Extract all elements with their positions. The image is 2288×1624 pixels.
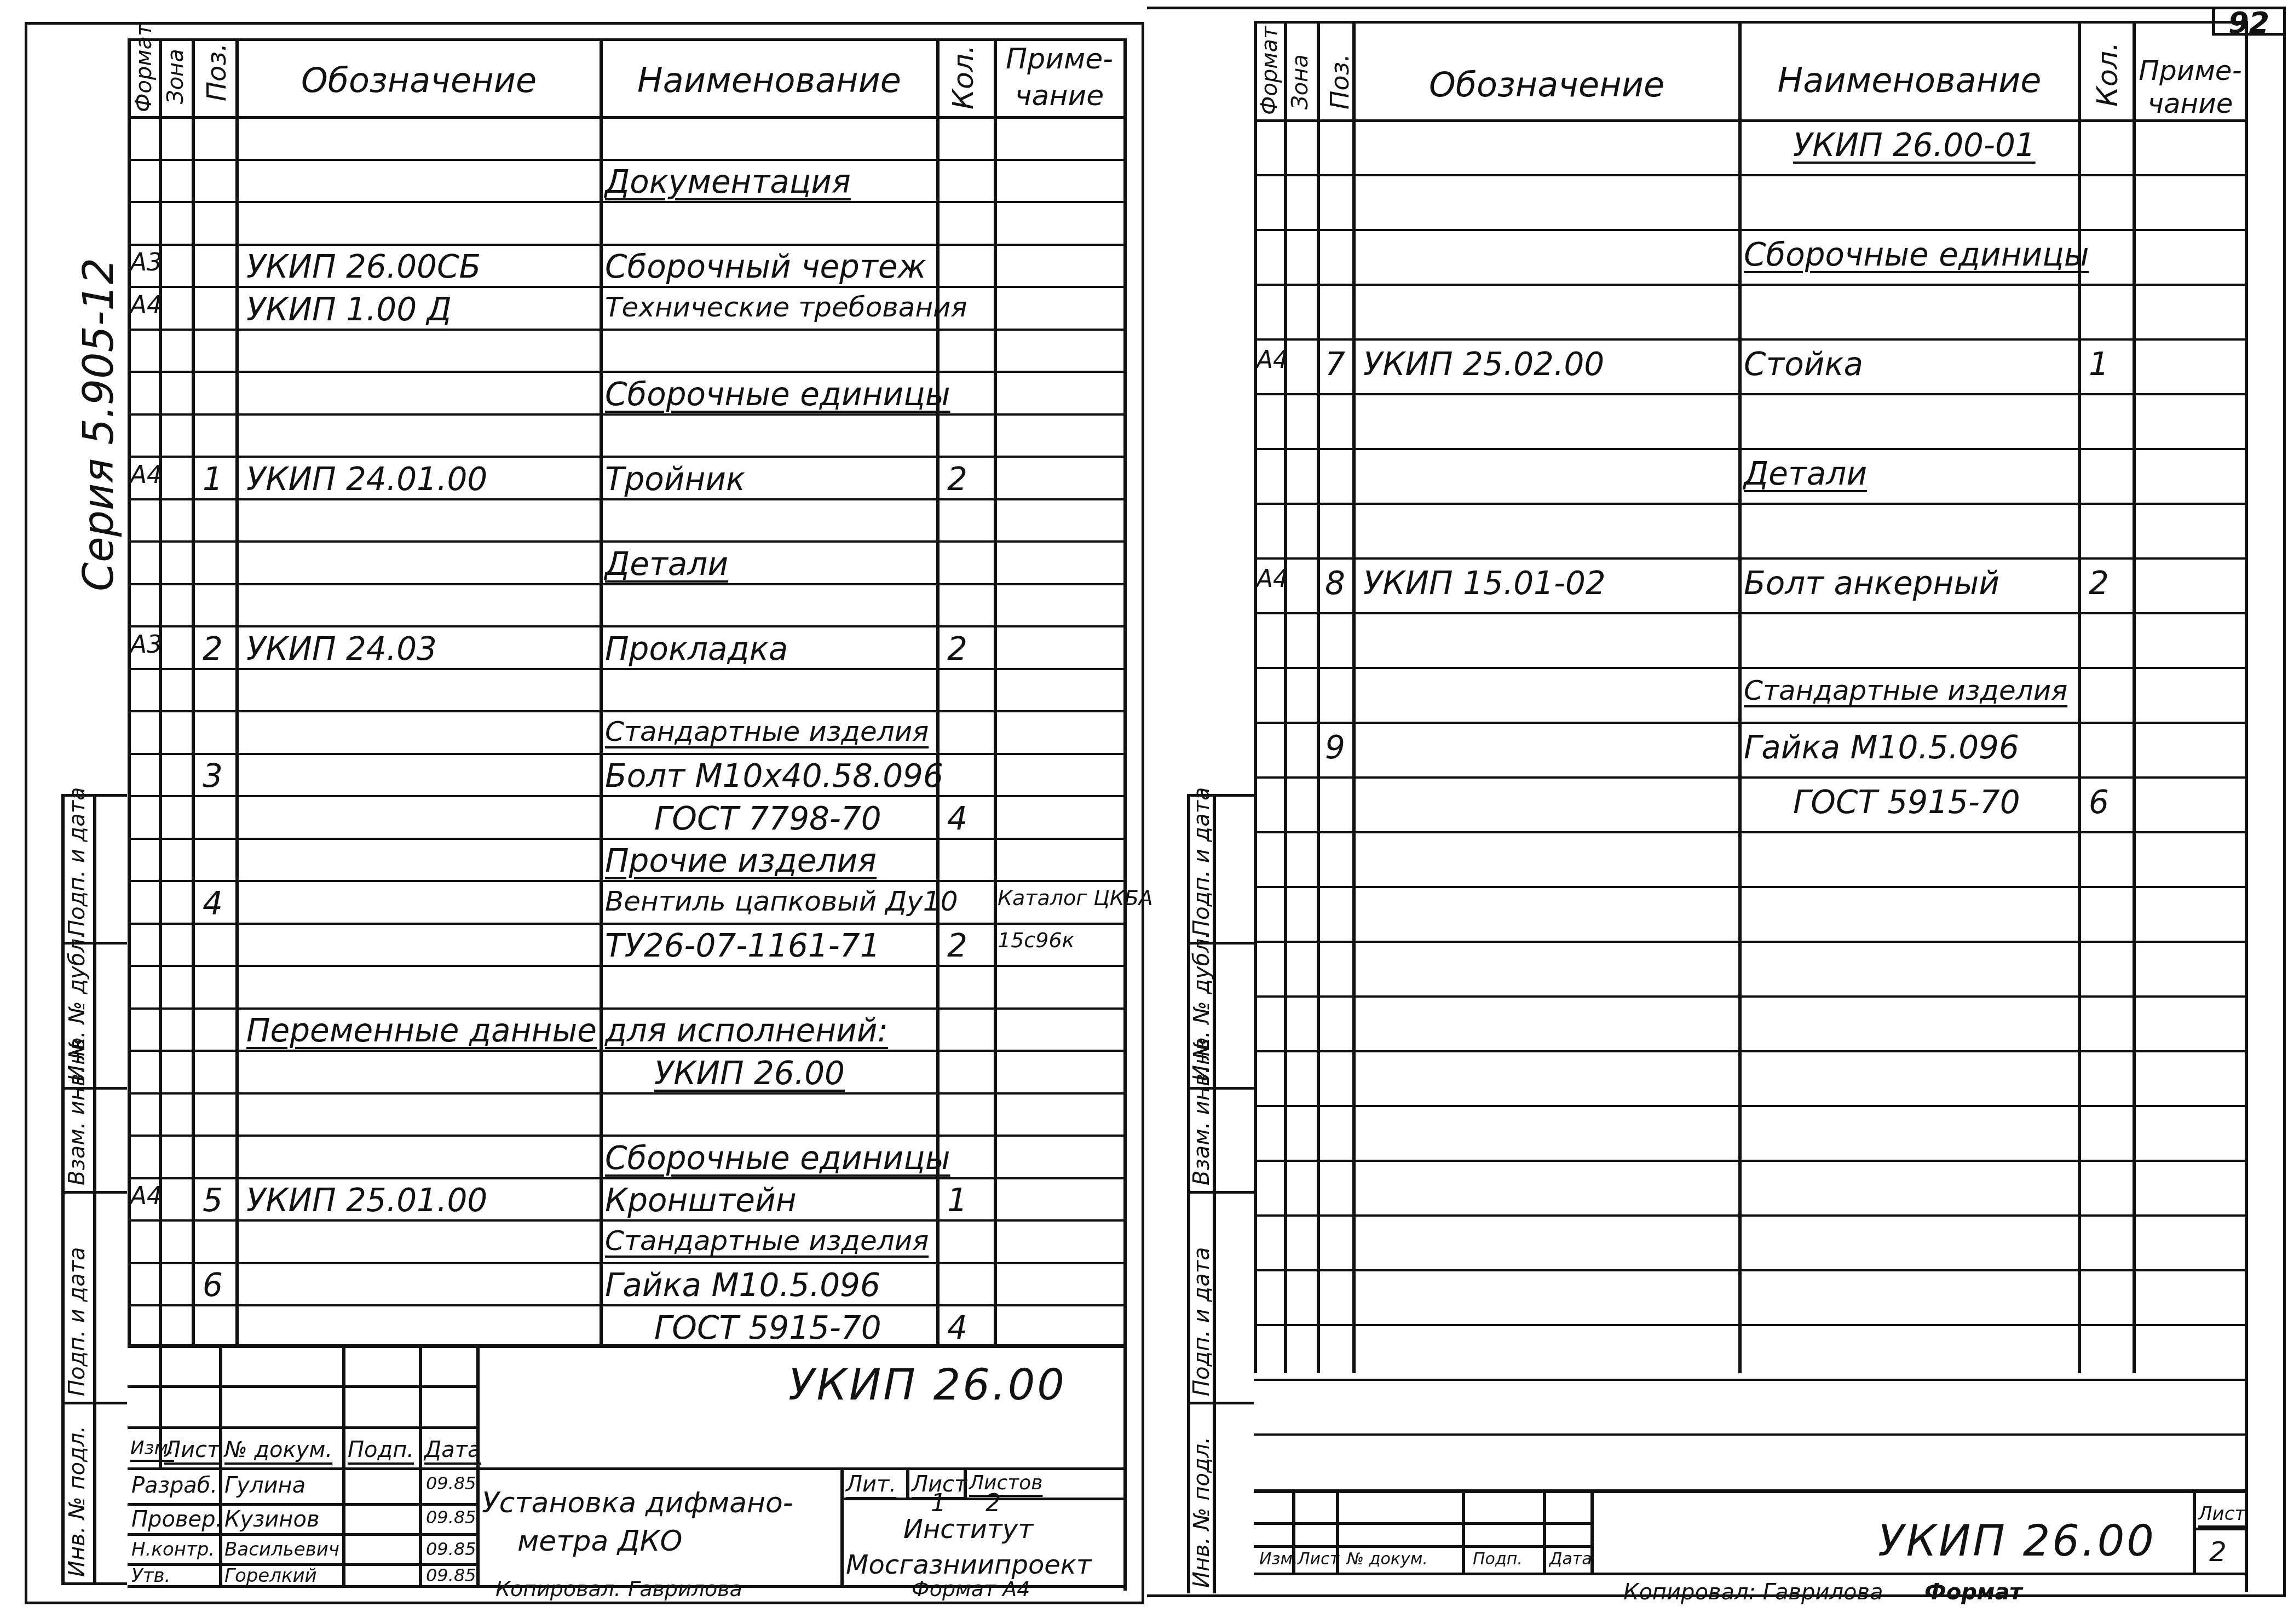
cell-name: Детали xyxy=(1744,458,1867,489)
cell-name: Сборочные единицы xyxy=(1744,239,2089,270)
r-header-note-1: Приме- xyxy=(2134,55,2246,87)
row-divider xyxy=(128,371,1127,373)
date-checker: 09.85 xyxy=(426,1507,476,1528)
row-divider xyxy=(128,1050,1127,1052)
row-divider xyxy=(1254,338,2247,341)
sheets-label: Листов xyxy=(969,1472,1042,1494)
cell-quantity: 2 xyxy=(947,463,967,495)
row-divider xyxy=(1254,612,2247,614)
cell-name: ГОСТ 5915-70 xyxy=(1793,786,2020,818)
role-approver: Утв. xyxy=(131,1565,170,1587)
cell-quantity: 4 xyxy=(947,803,967,834)
cell-position: 6 xyxy=(203,1269,223,1301)
col-label-sign: Подп. xyxy=(348,1437,414,1462)
cell-name: Болт анкерный xyxy=(1744,567,1999,599)
row-divider xyxy=(128,583,1127,585)
r-header-qty: Кол. xyxy=(2091,42,2124,107)
row-divider xyxy=(128,540,1127,543)
header-designation: Обозначение xyxy=(241,60,597,100)
r-header-name: Наименование xyxy=(1741,60,2078,100)
r-stamp-replace-inv: Взам. инв. № xyxy=(1189,1036,1214,1185)
row-divider xyxy=(128,1135,1127,1137)
cell-name: Болт М10х40.58.096 xyxy=(605,760,943,792)
row-divider xyxy=(1254,503,2247,505)
cell-designation: УКИП 24.01.00 xyxy=(246,463,487,495)
r-stamp-sign-date-1: Подп. и дата xyxy=(1189,787,1214,936)
cell-position: 5 xyxy=(203,1184,223,1216)
cell-name: Прочие изделия xyxy=(605,845,877,877)
cell-name: Стандартные изделия xyxy=(605,718,929,745)
row-divider xyxy=(128,1007,1127,1010)
cell-designation: УКИП 25.01.00 xyxy=(246,1184,487,1216)
row-divider xyxy=(1254,1324,2247,1326)
stamp-sign-date-1: Подп. и дата xyxy=(65,787,90,936)
role-norm-control: Н.контр. xyxy=(131,1539,215,1560)
r-col-label-docnum: № докум. xyxy=(1347,1550,1428,1569)
r-col-label-date: Дата xyxy=(1549,1550,1592,1569)
drawing-title-2: метра ДКО xyxy=(517,1525,682,1558)
row-divider xyxy=(1254,1379,2247,1381)
cell-format: А4 xyxy=(130,1184,162,1208)
row-divider xyxy=(128,1304,1127,1306)
cell-name: Стандартные изделия xyxy=(1744,677,2067,704)
series-label: Серия 5.905-12 xyxy=(74,258,123,591)
row-divider xyxy=(128,710,1127,712)
r-header-zone: Зона xyxy=(1288,54,1313,110)
cell-name: Детали xyxy=(605,548,728,580)
row-divider xyxy=(128,795,1127,797)
cell-format: А4 xyxy=(1257,567,1288,591)
cell-format: А3 xyxy=(130,251,162,275)
row-divider xyxy=(1254,284,2247,286)
role-checker: Провер. xyxy=(131,1507,222,1532)
r-col-label-sign: Подп. xyxy=(1473,1550,1523,1569)
row-divider xyxy=(1254,1105,2247,1107)
cell-name: Вентиль цапковый Ду10 xyxy=(605,888,958,915)
right-footer-copied: Копировал: Гаврилова xyxy=(1623,1580,1883,1605)
row-divider xyxy=(128,456,1127,458)
name-approver: Горелкий xyxy=(224,1565,317,1587)
cell-quantity: 1 xyxy=(947,1184,967,1216)
r-header-note-2: чание xyxy=(2134,88,2246,119)
role-developer: Разраб. xyxy=(131,1473,217,1498)
header-qty: Кол. xyxy=(947,45,980,110)
cell-designation: УКИП 24.03 xyxy=(246,633,437,665)
date-approver: 09.85 xyxy=(426,1565,476,1586)
cell-name: Документация xyxy=(605,166,851,198)
cell-designation: УКИП 15.01-02 xyxy=(1363,567,1606,599)
cell-format: А4 xyxy=(130,463,162,487)
row-divider xyxy=(128,753,1127,755)
cell-format: А3 xyxy=(130,633,162,657)
r-col-label-sheet: Лист xyxy=(1298,1550,1339,1569)
cell-name: Технические требования xyxy=(605,293,967,321)
cell-designation: УКИП 26.00СБ xyxy=(246,251,481,283)
row-divider xyxy=(1254,1050,2247,1052)
cell-position: 4 xyxy=(203,888,223,919)
row-divider xyxy=(128,413,1127,416)
cell-name: ГОСТ 7798-70 xyxy=(654,803,881,834)
row-divider xyxy=(128,880,1127,882)
cell-position: 7 xyxy=(1325,348,1345,380)
row-divider xyxy=(128,159,1127,161)
cell-name: УКИП 26.00 xyxy=(654,1057,845,1089)
doc-code: УКИП 26.00 xyxy=(788,1361,1067,1410)
row-divider xyxy=(128,286,1127,288)
date-norm-control: 09.85 xyxy=(426,1539,476,1559)
header-zone: Зона xyxy=(163,49,188,104)
cell-position: 1 xyxy=(203,463,223,495)
cell-name: Сборочные единицы xyxy=(605,378,950,410)
row-divider xyxy=(128,244,1127,246)
row-divider xyxy=(128,965,1127,967)
cell-quantity: 2 xyxy=(947,633,967,665)
row-divider xyxy=(1254,995,2247,998)
col-label-docnum: № докум. xyxy=(224,1437,332,1462)
col-label-date: Дата xyxy=(424,1437,481,1462)
row-divider xyxy=(128,1092,1127,1095)
cell-note: Каталог ЦКБА xyxy=(998,888,1153,908)
row-divider xyxy=(128,1177,1127,1179)
cell-name: Кронштейн xyxy=(605,1184,797,1216)
right-footer-format: Формат xyxy=(1924,1580,2022,1605)
drawing-title-1: Установка дифмано- xyxy=(482,1487,793,1519)
r-header-pos: Поз. xyxy=(1325,54,1355,110)
cell-quantity: 4 xyxy=(947,1312,967,1344)
r-doc-code: УКИП 26.00 xyxy=(1878,1517,2156,1566)
cell-name: Стойка xyxy=(1744,348,1863,380)
left-footer-format: Формат А4 xyxy=(912,1577,1030,1601)
cell-position: 3 xyxy=(203,760,223,792)
name-checker: Кузинов xyxy=(224,1507,320,1532)
header-name: Наименование xyxy=(602,60,936,100)
row-divider xyxy=(128,625,1127,627)
row-divider xyxy=(1254,393,2247,395)
cell-name: ТУ26-07-1161-71 xyxy=(605,930,880,961)
r-sheet-number: 2 xyxy=(2209,1536,2227,1568)
cell-note: 15с96к xyxy=(998,930,1075,951)
r-stamp-sign-date-2: Подп. и дата xyxy=(1189,1247,1214,1396)
r-header-designation: Обозначение xyxy=(1355,65,1738,105)
cell-format: А4 xyxy=(1257,348,1288,372)
cell-designation: УКИП 1.00 Д xyxy=(246,293,452,325)
sheet-number: 1 xyxy=(931,1489,946,1517)
row-divider xyxy=(1254,831,2247,833)
r-sheet-label: Лист xyxy=(2198,1503,2245,1525)
cell-name: Сборочный чертеж xyxy=(605,251,926,283)
cell-name: УКИП 26.00-01 xyxy=(1793,129,2036,161)
cell-format: А4 xyxy=(130,293,162,318)
r-stamp-orig-inv: Инв. № подл. xyxy=(1189,1437,1214,1588)
row-divider xyxy=(128,201,1127,203)
date-developer: 09.85 xyxy=(426,1473,476,1494)
header-note-1: Приме- xyxy=(996,43,1122,76)
cell-quantity: 1 xyxy=(2089,348,2109,380)
row-divider xyxy=(1254,776,2247,779)
row-divider xyxy=(128,668,1127,670)
cell-position: 2 xyxy=(203,633,223,665)
stamp-orig-inv: Инв. № подл. xyxy=(65,1426,90,1577)
row-divider xyxy=(1254,1433,2247,1436)
row-divider xyxy=(1254,886,2247,888)
row-divider xyxy=(1254,1214,2247,1217)
header-note-2: чание xyxy=(996,79,1122,112)
row-divider xyxy=(128,838,1127,840)
row-divider xyxy=(1254,229,2247,231)
row-divider xyxy=(1254,941,2247,943)
name-norm-control: Васильевич xyxy=(224,1539,339,1560)
header-pos: Поз. xyxy=(201,43,232,101)
header-format: Формат xyxy=(131,24,157,112)
sheets-total: 2 xyxy=(985,1489,1001,1517)
row-divider xyxy=(1254,1269,2247,1271)
cell-designation: УКИП 25.02.00 xyxy=(1363,348,1604,380)
cell-name: Гайка М10.5.096 xyxy=(605,1269,880,1301)
cell-quantity: 2 xyxy=(2089,567,2109,599)
row-divider xyxy=(1254,174,2247,176)
org-line-2: Мосгазниипроект xyxy=(846,1550,1092,1580)
cell-position: 9 xyxy=(1325,732,1345,763)
col-label-sheet: Лист xyxy=(164,1437,220,1462)
r-header-format: Формат xyxy=(1257,26,1282,115)
cell-name: Прокладка xyxy=(605,633,788,665)
cell-position: 8 xyxy=(1325,567,1345,599)
row-divider xyxy=(1254,557,2247,560)
cell-name: Стандартные изделия xyxy=(605,1227,929,1254)
r-col-label-change: Изм. xyxy=(1259,1550,1298,1569)
name-developer: Гулина xyxy=(224,1473,306,1498)
cell-name: для исполнений: xyxy=(605,1015,888,1046)
row-divider xyxy=(128,498,1127,500)
stamp-sign-date-2: Подп. и дата xyxy=(65,1247,90,1396)
cell-designation: Переменные данные xyxy=(246,1015,597,1046)
cell-name: ГОСТ 5915-70 xyxy=(654,1312,881,1344)
row-divider xyxy=(1254,448,2247,450)
row-divider xyxy=(1254,667,2247,669)
row-divider xyxy=(128,329,1127,331)
org-line-1: Институт xyxy=(903,1514,1033,1545)
row-divider xyxy=(128,1262,1127,1264)
row-divider xyxy=(128,1219,1127,1222)
cell-name: Гайка М10.5.096 xyxy=(1744,732,2019,763)
cell-name: Сборочные единицы xyxy=(605,1142,950,1174)
stamp-replace-inv: Взам. инв. № xyxy=(65,1036,90,1185)
row-divider xyxy=(128,923,1127,925)
cell-quantity: 2 xyxy=(947,930,967,961)
lit-label: Лит. xyxy=(846,1472,896,1497)
row-divider xyxy=(1254,1160,2247,1162)
left-footer-copied: Копировал: Гаврилова xyxy=(495,1577,742,1601)
cell-quantity: 6 xyxy=(2089,786,2109,818)
row-divider xyxy=(1254,722,2247,724)
cell-name: Тройник xyxy=(605,463,745,495)
